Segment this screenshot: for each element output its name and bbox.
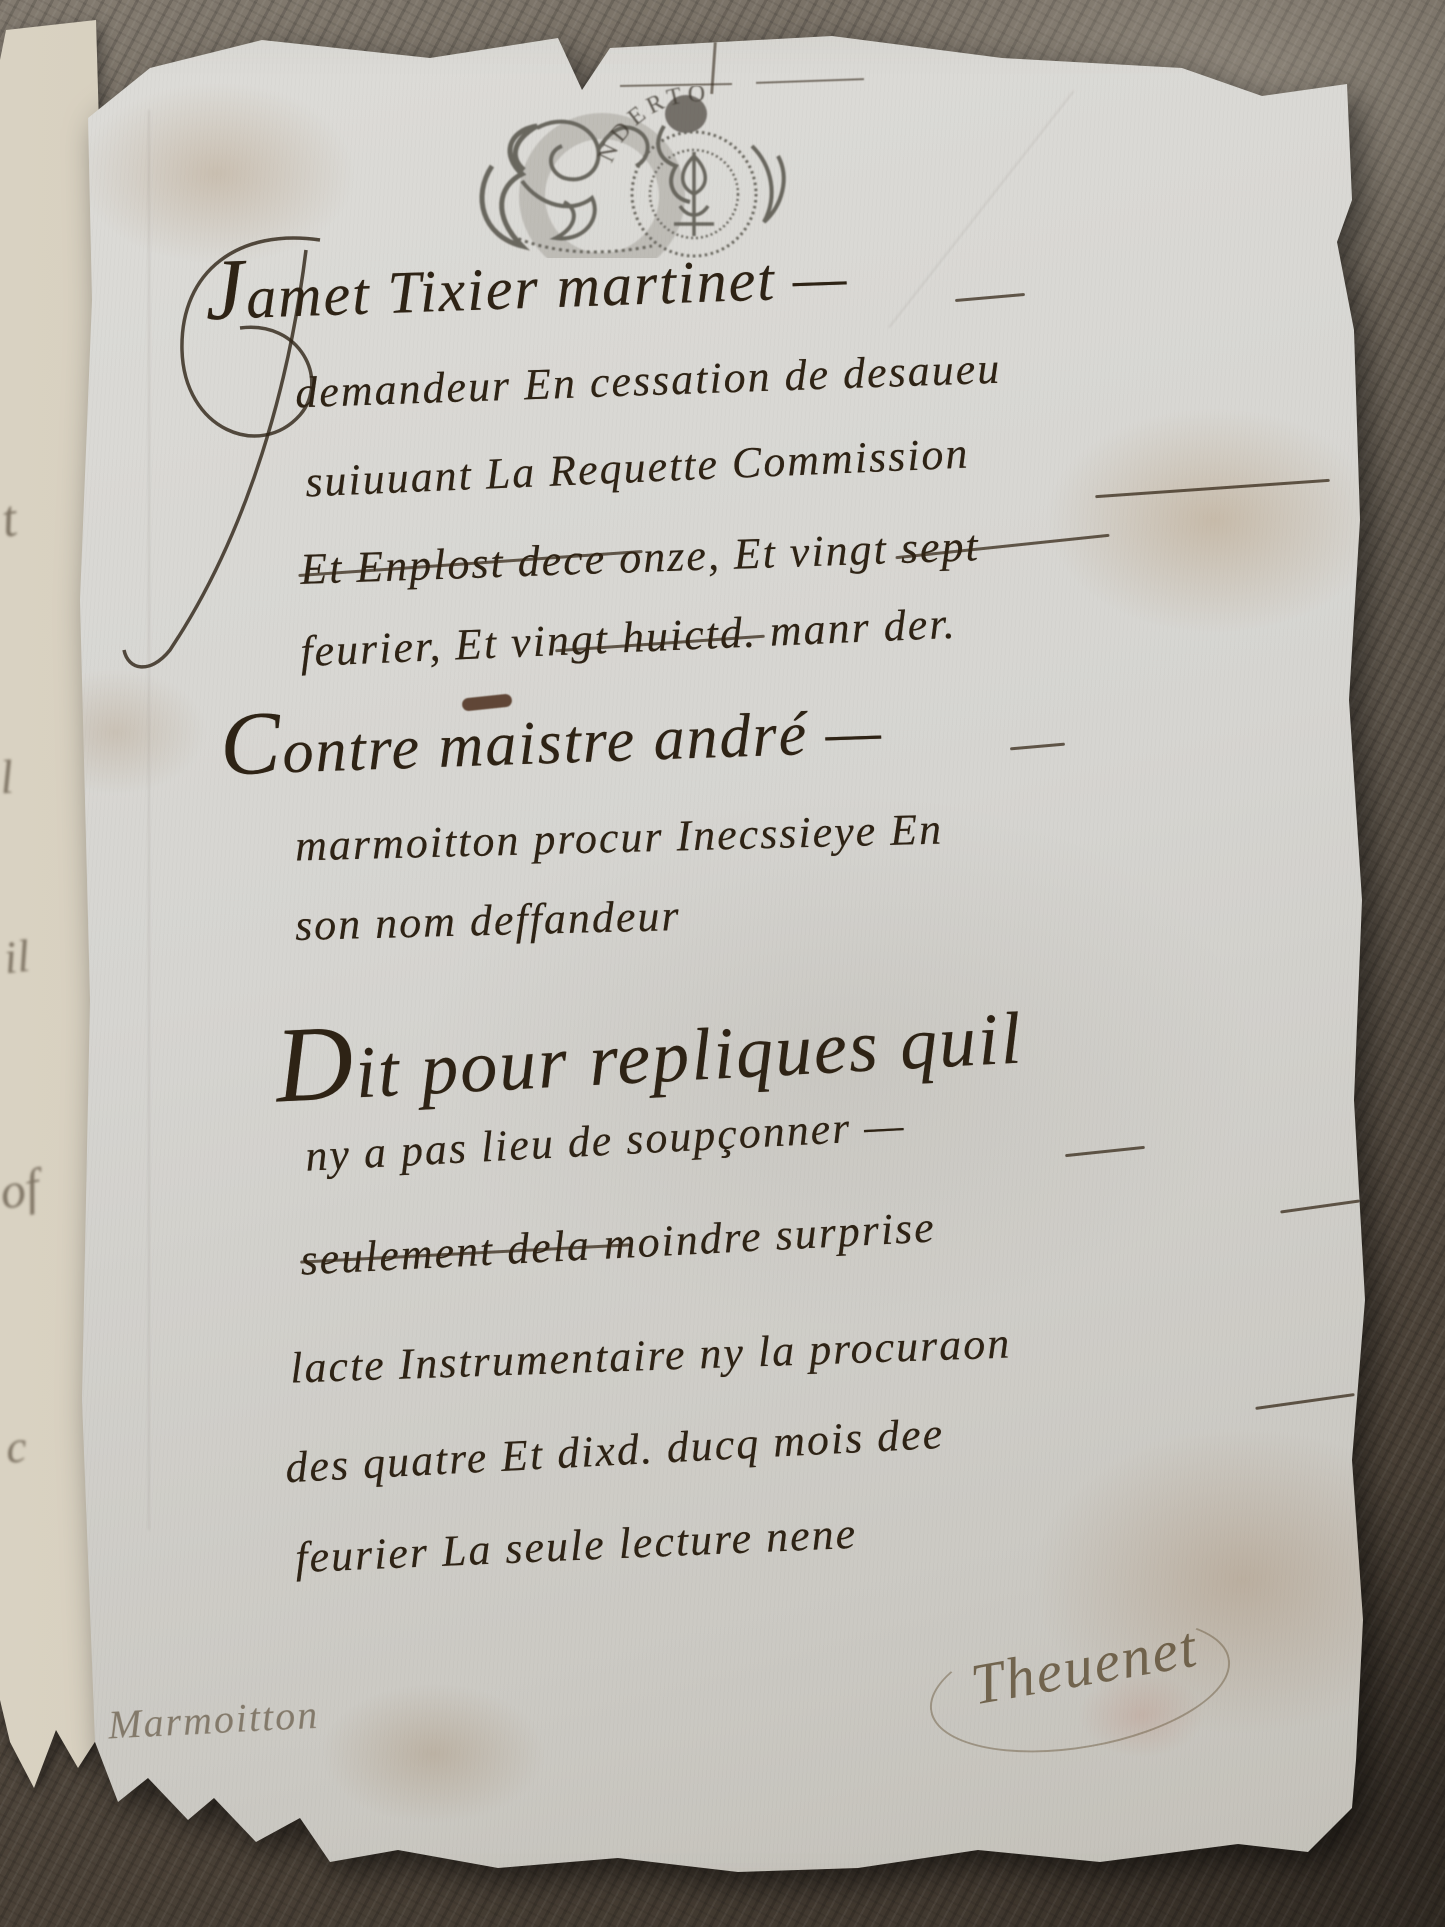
flourish-dash [1010, 743, 1065, 751]
flourish-dash [955, 293, 1025, 302]
manuscript-line: seulement dela moindre surprise [299, 1201, 937, 1285]
stamp-arc-text: NDERTO [593, 86, 710, 166]
manuscript-line: lacte Instrumentaire ny la procuraon [289, 1317, 1012, 1393]
pen-rule-mark [756, 78, 864, 84]
manuscript-sheet: NDERTO Jamet Tixier martinet — demandeur… [0, 0, 1445, 1927]
flourish-dash [1255, 1393, 1354, 1410]
ink-smudge [461, 693, 512, 711]
flourish-dash [1280, 1199, 1360, 1213]
manuscript-line: Jamet Tixier martinet — [203, 217, 849, 340]
strikethrough [555, 635, 765, 653]
flourish-dash [1065, 1146, 1145, 1157]
strikethrough [298, 550, 642, 577]
signature-flourish-oval [919, 1597, 1240, 1774]
pen-rule-mark [620, 83, 732, 87]
manuscript-line: suiuuant La Requette Commission [304, 428, 970, 508]
manuscript-line: Dit pour repliques quil [272, 966, 1025, 1129]
manuscript-line: Et Enplost dece onze, Et vingt sept [299, 520, 980, 595]
countersignature: Marmoitton [107, 1691, 320, 1749]
pen-tick-mark [710, 42, 717, 94]
flourish-dash [1095, 479, 1330, 498]
signature: Theuenet [966, 1613, 1203, 1719]
strikethrough [300, 1243, 630, 1263]
manuscript-line: feurier La seule lecture nene [294, 1508, 858, 1583]
photo-of-manuscript: t l il of c [0, 0, 1445, 1927]
manuscript-sheet-wrap: NDERTO Jamet Tixier martinet — demandeur… [0, 0, 1445, 1927]
strikethrough [895, 534, 1109, 559]
svg-text:NDERTO: NDERTO [593, 86, 710, 166]
manuscript-line: des quatre Et dixd. ducq mois dee [284, 1408, 945, 1493]
diagonal-crease [888, 91, 1076, 330]
vertical-crease [148, 110, 152, 1530]
manuscript-line: marmoitton procur Inecssieye En [294, 804, 943, 872]
manuscript-line: demandeur En cessation de desaueu [294, 343, 1002, 419]
manuscript-line: ny a pas lieu de soupçonner — [304, 1099, 906, 1181]
manuscript-line: feurier, Et vingt huictd. manr der. [299, 598, 957, 678]
fiscal-stamp-icon: NDERTO [452, 86, 797, 258]
initial-flourish [110, 210, 370, 680]
manuscript-line: son nom deffandeur [294, 890, 681, 951]
manuscript-line: Contre maistre andré — [218, 670, 884, 796]
